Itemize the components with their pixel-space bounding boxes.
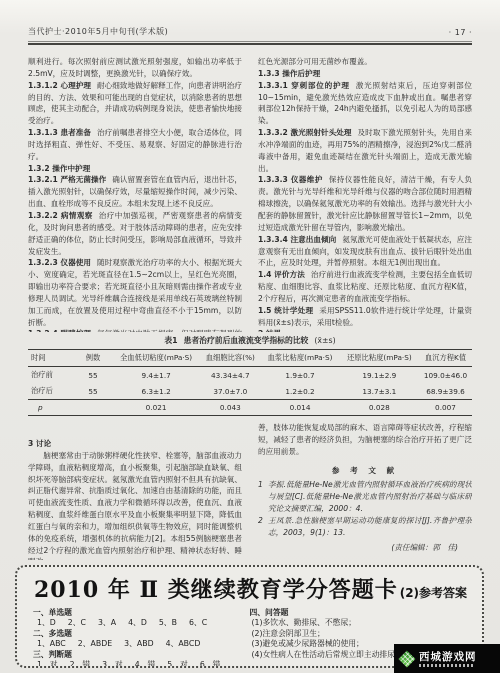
left-column: 顺利进行。每次照射前应测试激光照射强度，如输出功率低于2.5mV，应及时调整，更…: [28, 56, 242, 332]
answer-item: 6、C: [189, 618, 207, 627]
column-header: 还原比粘度(mPa·S): [340, 350, 419, 367]
article-body-top: 顺利进行。每次照射前应测试激光照射强度，如输出功率低于2.5mV，应及时调整，更…: [28, 56, 472, 332]
watermark-diamond-icon: [399, 650, 416, 667]
answer-item: 4、ABCD: [166, 639, 201, 648]
paragraph: 1.3.2.2 病情观察治疗中加强巡视，严密观察患者的病情变化，及时询问患者的感…: [28, 210, 242, 257]
section-label: 1.3.2.1 严格无菌操作: [28, 175, 106, 184]
table-cell: [74, 400, 112, 416]
reference-number: 2: [258, 515, 268, 539]
answer-item: 4、错: [135, 660, 156, 668]
table-row: 治疗后 55 6.3±1.2 37.0±7.0 1.2±0.2 13.7±3.1…: [28, 383, 472, 400]
paragraph-text: 顺利进行。每次照射前应测试激光照射强度，如输出功率低于2.5mV，应及时调整，更…: [28, 57, 242, 78]
reference-number: 1: [258, 479, 268, 515]
answer-item: 3、对: [102, 660, 123, 668]
table-cell: 6.3±1.2: [112, 383, 200, 400]
answer-card-title-suffix: (2)参考答案: [400, 586, 467, 600]
reference-text: 王凤景.急性脑梗塞早期运动功能康复的探讨[J].齐鲁护理杂志，2003，9(1)…: [268, 515, 472, 539]
judge-heading: 三、判断题: [33, 650, 237, 660]
table-cell: 37.0±7.0: [200, 383, 260, 400]
watermark-text: 西城游戏网: [419, 651, 477, 667]
journal-page: 当代护士·2010年5月中旬刊(学术版) · 17 · 顺利进行。每次照射前应测…: [0, 0, 500, 673]
references-heading: 参 考 文 献: [258, 465, 472, 477]
reference-item: 2 王凤景.急性脑梗塞早期运动功能康复的探讨[J].齐鲁护理杂志，2003，9(…: [258, 515, 472, 539]
column-header: 例数: [74, 350, 112, 367]
results-table: 时间 例数 全血低切粘度(mPa·S) 血细胞比容(%) 血浆比粘度(mPa·S…: [28, 349, 472, 416]
answer-item: 3、ABD: [124, 639, 153, 648]
table-row: 治疗前 55 9.4±1.7 43.34±4.7 1.9±0.7 19.1±2.…: [28, 367, 472, 384]
answer-item: 1、ABC: [37, 639, 66, 648]
answer-item: 5、B: [159, 618, 177, 627]
paragraph: 1.3.1.2 心理护理耐心细致地做好解释工作，向患者讲明治疗的目的、方法、效果…: [28, 80, 242, 127]
paragraph: 1.3.3.1 穿刺部位的护理激光照射结束后，压迫穿刺部位10~15min，避免…: [258, 80, 472, 127]
right-column: 红色光源部分可用无菌纱布覆盖。 1.3.3 操作后护理 1.3.3.1 穿刺部位…: [258, 56, 472, 332]
paragraph: 顺利进行。每次照射前应测试激光照射强度，如输出功率低于2.5mV，应及时调整，更…: [28, 56, 242, 80]
table-caption: 表1患者治疗前后血液流变学指标的比较(x̄±s): [28, 335, 472, 346]
answer-card-left: 一、单选题 1、D2、C3、A4、D5、B6、C 二、多选题 1、ABC2、AB…: [33, 608, 237, 668]
reference-text: 李振.低能量He-Ne激光血管内照射循环血液治疗疾病的现状与展望[C].低能量H…: [268, 479, 472, 515]
watermark-site-name: 西城游戏网: [419, 651, 477, 663]
table-cell: 13.7±3.1: [340, 383, 419, 400]
single-choice-heading: 一、单选题: [33, 608, 237, 618]
table-cell: 治疗前: [28, 367, 74, 384]
paragraph-text: 随时观察激光治疗功率的大小、根据光斑大小、宽度确定，若光斑直径在1.5~2cm以…: [28, 258, 242, 326]
paragraph-text: 红色光源部分可用无菌纱布覆盖。: [258, 57, 372, 66]
answer-item: 2、C: [68, 618, 86, 627]
column-header: 血沉方程K值: [419, 350, 472, 367]
section-label: 1.3.1.2 心理护理: [28, 81, 91, 90]
table-cell: 68.9±39.6: [419, 383, 472, 400]
left-column-discussion: 3 讨论 脑梗塞常由于动脉粥样硬化性狭窄、栓塞等，脑部血液动力学障碍，血液粘稠度…: [28, 422, 242, 560]
section-label: 1.3.1.3 患者准备: [28, 128, 91, 137]
section-label: 1.5 统计学处理: [258, 306, 313, 315]
table-row-p-values: p 0.021 0.043 0.014 0.028 0.007: [28, 400, 472, 416]
table-cell: 109.0±46.0: [419, 367, 472, 384]
table-caption-title: 患者治疗前后血液流变学指标的比较: [184, 336, 309, 345]
section-label: 1.3.2.3 仪器使用: [28, 258, 91, 267]
paragraph: 1.3.2.4 眼睛护理氦氖激光对皮肤无损害，但对眼睛有强烈的刺激作用，应避免激…: [28, 328, 242, 332]
table-cell: 19.1±2.9: [340, 367, 419, 384]
table-cell: 55: [74, 367, 112, 384]
column-header: 血浆比粘度(mPa·S): [260, 350, 339, 367]
table-cell: 0.021: [112, 400, 200, 416]
qa-answer: (1)多饮水、勤排尿、不憋尿；: [249, 618, 468, 628]
answer-item: 3、A: [98, 618, 116, 627]
answer-item: 5、对: [167, 660, 188, 668]
answer-item: 1、对: [37, 660, 58, 668]
header-rule-thin: [28, 41, 472, 42]
paragraph: 1.3.3.3 仪器维护保持仪器性能良好，清洁干燥，有专人负责。激光针与光导纤维…: [258, 174, 472, 233]
paragraph: 红色光源部分可用无菌纱布覆盖。: [258, 56, 472, 68]
paragraph: 1.4 评价方法治疗前进行血液流变学检测，主要包括全血低切粘度、血细胞比容、血浆…: [258, 269, 472, 305]
paragraph: 1.5 统计学处理采用SPSS11.0软件进行统计学处理，计量资料用(x̄±s)…: [258, 305, 472, 329]
section-label: 1.3.3.4 注意出血倾向: [258, 235, 336, 244]
table-cell: 43.34±4.7: [200, 367, 260, 384]
table-caption-unit: (x̄±s): [314, 336, 335, 345]
judge-answers: 1、对2、错3、对4、错5、对6、错: [33, 660, 237, 668]
paragraph: 1.3.2.1 严格无菌操作确认留置套管在血管内后，退出针芯，插入激光照射针，以…: [28, 174, 242, 210]
watermark: 西城游戏网: [394, 644, 500, 673]
qa-answer: (2)注意会阴部卫生；: [249, 629, 468, 639]
right-column-references: 善，肢体功能恢复或局部的麻木、语言障碍等症状改善，疗程缩短，减轻了患者的经济负担…: [258, 422, 472, 560]
table-cell: 0.014: [260, 400, 339, 416]
table-cell: 9.4±1.7: [112, 367, 200, 384]
table-cell: 0.007: [419, 400, 472, 416]
column-header: 全血低切粘度(mPa·S): [112, 350, 200, 367]
answer-item: 2、ABDE: [78, 639, 112, 648]
section-label: 1.3.3.3 仪器维护: [258, 175, 323, 184]
article-body-bottom: 3 讨论 脑梗塞常由于动脉粥样硬化性狭窄、栓塞等，脑部血液动力学障碍，血液粘稠度…: [28, 422, 472, 560]
section-label: 1.4 评价方法: [258, 270, 305, 279]
section-label: 1.3.3.2 激光照射针头处理: [258, 128, 352, 137]
paragraph: 2 结果: [258, 328, 472, 332]
header-rule-thick: [28, 43, 472, 45]
paragraph: 1.3.3.2 激光照射针头处理及时取下激光照射针头，先用自来水冲净端面的血迹，…: [258, 127, 472, 174]
table-cell: 55: [74, 383, 112, 400]
results-table-block: 表1患者治疗前后血液流变学指标的比较(x̄±s) 时间 例数 全血低切粘度(mP…: [28, 335, 472, 416]
paragraph: 1.3.2.3 仪器使用随时观察激光治疗功率的大小、根据光斑大小、宽度确定，若光…: [28, 257, 242, 328]
answer-item: 6、错: [200, 660, 221, 668]
section-label: 1.3.2.4 眼睛护理: [28, 329, 91, 332]
table-cell: 1.2±0.2: [260, 383, 339, 400]
journal-title: 当代护士·2010年5月中旬刊(学术版): [28, 26, 168, 37]
discussion-heading: 3 讨论: [28, 438, 242, 450]
table-cell: p: [28, 400, 74, 416]
section-label: 1.3.2.2 病情观察: [28, 211, 93, 220]
multi-choice-answers: 1、ABC2、ABDE3、ABD4、ABCD: [33, 639, 237, 649]
multi-choice-heading: 二、多选题: [33, 629, 237, 639]
table-cell: 0.028: [340, 400, 419, 416]
qa-heading: 四、问答题: [249, 608, 468, 618]
table-cell: 1.9±0.7: [260, 367, 339, 384]
section-label: 1.3.3.1 穿刺部位的护理: [258, 81, 350, 90]
section-label: 2 结果: [258, 329, 281, 332]
section-label: 1.3.3 操作后护理: [258, 69, 320, 78]
paragraph: 1.3.3.4 注意出血倾向氦氖激光可使血液处于低凝状态，应注意观察有无出血倾向…: [258, 234, 472, 270]
discussion-text-continued: 善，肢体功能恢复或局部的麻木、语言障碍等症状改善，疗程缩短，减轻了患者的经济负担…: [258, 422, 472, 458]
answer-item: 1、D: [37, 618, 56, 627]
answer-card-title: 2010 年 Ⅱ 类继续教育学分答题卡(2)参考答案: [33, 573, 468, 604]
table-caption-label: 表1: [164, 336, 177, 345]
answer-item: 4、D: [128, 618, 147, 627]
watermark-tagline: [419, 664, 475, 667]
answer-item: 2、错: [70, 660, 91, 668]
page-number: · 17 ·: [449, 28, 472, 37]
table-cell: 治疗后: [28, 383, 74, 400]
reference-item: 1 李振.低能量He-Ne激光血管内照射循环血液治疗疾病的现状与展望[C].低能…: [258, 479, 472, 515]
page-header: 当代护士·2010年5月中旬刊(学术版) · 17 ·: [28, 26, 472, 41]
paragraph: 1.3.2 操作中护理: [28, 163, 242, 175]
answer-card-title-main: 2010 年 Ⅱ 类继续教育学分答题卡: [34, 577, 398, 603]
table-header-row: 时间 例数 全血低切粘度(mPa·S) 血细胞比容(%) 血浆比粘度(mPa·S…: [28, 350, 472, 367]
editor-note: (责任编辑：郭 佳): [258, 542, 472, 554]
column-header: 血细胞比容(%): [200, 350, 260, 367]
paragraph: 1.3.1.3 患者准备治疗前嘱患者排空大小便，取合适体位，同时选择粗直、弹性好…: [28, 127, 242, 163]
table-cell: 0.043: [200, 400, 260, 416]
section-label: 1.3.2 操作中护理: [28, 164, 90, 173]
discussion-text: 脑梗塞常由于动脉粥样硬化性狭窄、栓塞等，脑部血液动力学障碍，血液粘稠度增高，血小…: [28, 450, 242, 560]
paragraph: 1.3.3 操作后护理: [258, 68, 472, 80]
single-choice-answers: 1、D2、C3、A4、D5、B6、C: [33, 618, 237, 628]
column-header: 时间: [28, 350, 74, 367]
